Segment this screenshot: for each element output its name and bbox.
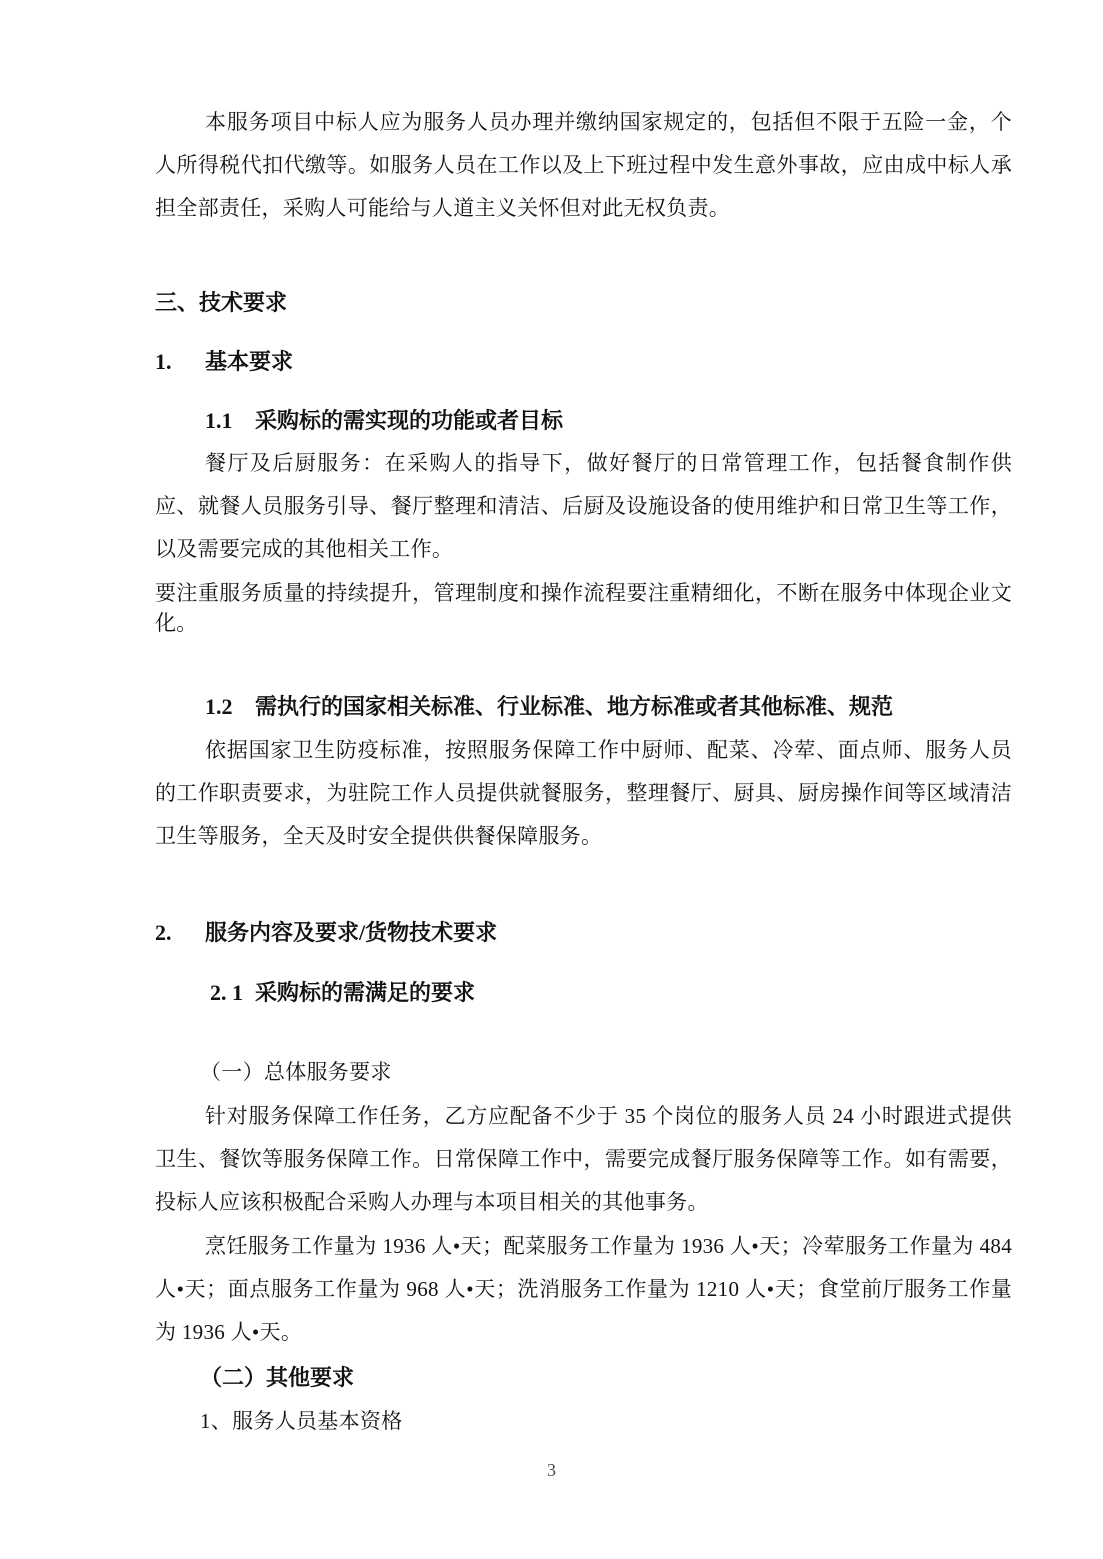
heading-number: 1.1 xyxy=(205,399,255,442)
heading-number: 1.2 xyxy=(205,685,255,728)
heading-basic-requirements: 1.基本要求 xyxy=(155,340,1012,383)
heading-title: 采购标的需实现的功能或者目标 xyxy=(255,408,563,433)
heading-number: 2. 1 xyxy=(210,971,255,1014)
heading-number: 1. xyxy=(155,340,205,383)
subheading-overall-service: （一）总体服务要求 xyxy=(155,1051,1057,1094)
intro-paragraph: 本服务项目中标人应为服务人员办理并缴纳国家规定的，包括但不限于五险一金，个人所得… xyxy=(155,101,1012,230)
document-page: 本服务项目中标人应为服务人员办理并缴纳国家规定的，包括但不限于五险一金，个人所得… xyxy=(0,0,1103,1559)
heading-title: 采购标的需满足的要求 xyxy=(255,980,475,1005)
function-goal-paragraph: 餐厅及后厨服务：在采购人的指导下，做好餐厅的日常管理工作，包括餐食制作供应、就餐… xyxy=(155,442,1012,571)
heading-title: 基本要求 xyxy=(205,349,293,374)
quality-note-paragraph: 要注重服务质量的持续提升，管理制度和操作流程要注重精细化，不断在服务中体现企业文… xyxy=(155,578,1012,638)
heading-1-2-standards: 1.2需执行的国家相关标准、行业标准、地方标准或者其他标准、规范 xyxy=(155,685,1062,728)
page-number: 3 xyxy=(0,1458,1103,1482)
heading-1-1-function-goal: 1.1采购标的需实现的功能或者目标 xyxy=(155,399,1062,442)
heading-service-content: 2.服务内容及要求/货物技术要求 xyxy=(155,911,1012,954)
standards-paragraph: 依据国家卫生防疫标准，按照服务保障工作中厨师、配菜、冷荤、面点师、服务人员的工作… xyxy=(155,729,1012,858)
overall-service-paragraph: 针对服务保障工作任务，乙方应配备不少于 35 个岗位的服务人员 24 小时跟进式… xyxy=(155,1095,1012,1224)
heading-number: 2. xyxy=(155,911,205,954)
item-staff-qualification: 1、服务人员基本资格 xyxy=(155,1400,1057,1443)
heading-title: 需执行的国家相关标准、行业标准、地方标准或者其他标准、规范 xyxy=(255,694,893,719)
section-heading-tech-requirements: 三、技术要求 xyxy=(155,281,1012,324)
heading-2-1-requirements-to-meet: 2. 1采购标的需满足的要求 xyxy=(155,971,1067,1014)
heading-title: 服务内容及要求/货物技术要求 xyxy=(205,920,497,945)
subheading-other-requirements: （二）其他要求 xyxy=(155,1356,1057,1399)
workload-paragraph: 烹饪服务工作量为 1936 人•天；配菜服务工作量为 1936 人•天；冷荤服务… xyxy=(155,1225,1012,1354)
